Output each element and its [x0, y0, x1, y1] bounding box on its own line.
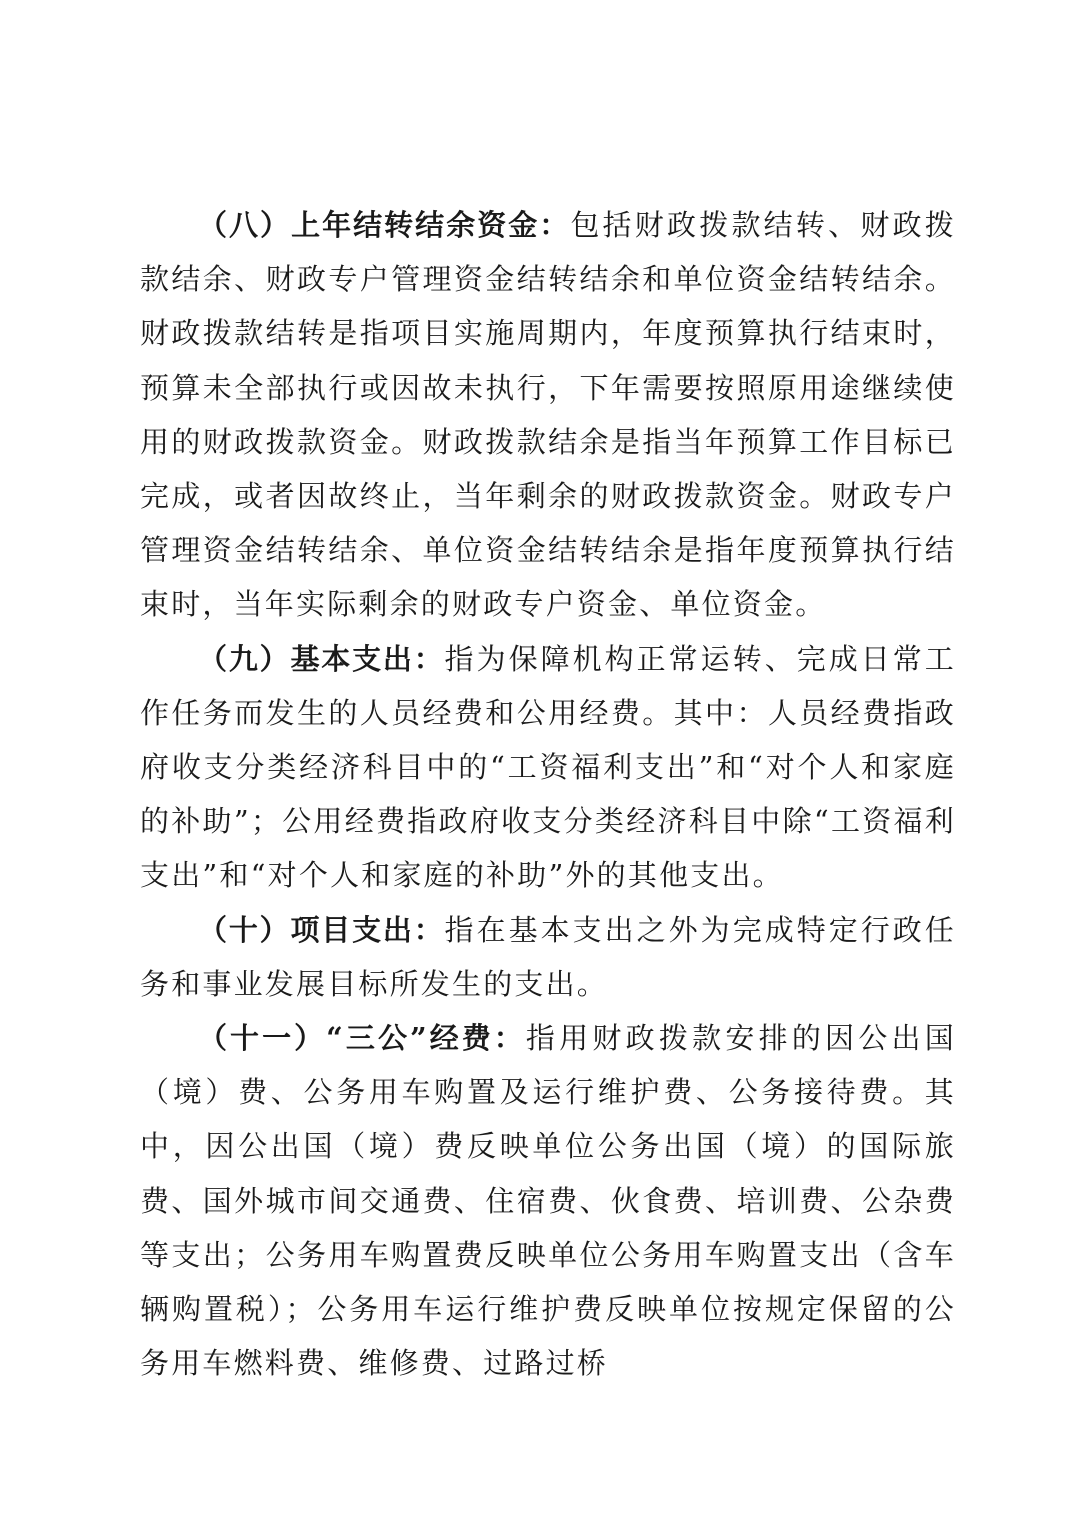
section-carryover-funds: （八）上年结转结余资金：包括财政拨款结转、财政拨款结余、财政专户管理资金结转结余… [140, 198, 956, 632]
section-body: 指用财政拨款安排的因公出国（境）费、公务用车购置及运行维护费、公务接待费。其中，… [140, 1021, 956, 1380]
section-three-public-expenses: （十一）“三公”经费：指用财政拨款安排的因公出国（境）费、公务用车购置及运行维护… [140, 1011, 956, 1390]
section-heading: （九）基本支出： [198, 642, 445, 676]
section-body: 包括财政拨款结转、财政拨款结余、财政专户管理资金结转结余和单位资金结转结余。财政… [140, 208, 956, 621]
section-heading: （八）上年结转结余资金： [198, 208, 570, 242]
section-heading: （十一）“三公”经费： [198, 1021, 526, 1055]
section-heading: （十）项目支出： [198, 913, 445, 947]
document-page: （八）上年结转结余资金：包括财政拨款结转、财政拨款结余、财政专户管理资金结转结余… [140, 198, 956, 1390]
section-body: 指为保障机构正常运转、完成日常工作任务而发生的人员经费和公用经费。其中：人员经费… [140, 642, 956, 893]
section-basic-expenditure: （九）基本支出：指为保障机构正常运转、完成日常工作任务而发生的人员经费和公用经费… [140, 632, 956, 903]
section-project-expenditure: （十）项目支出：指在基本支出之外为完成特定行政任务和事业发展目标所发生的支出。 [140, 903, 956, 1011]
